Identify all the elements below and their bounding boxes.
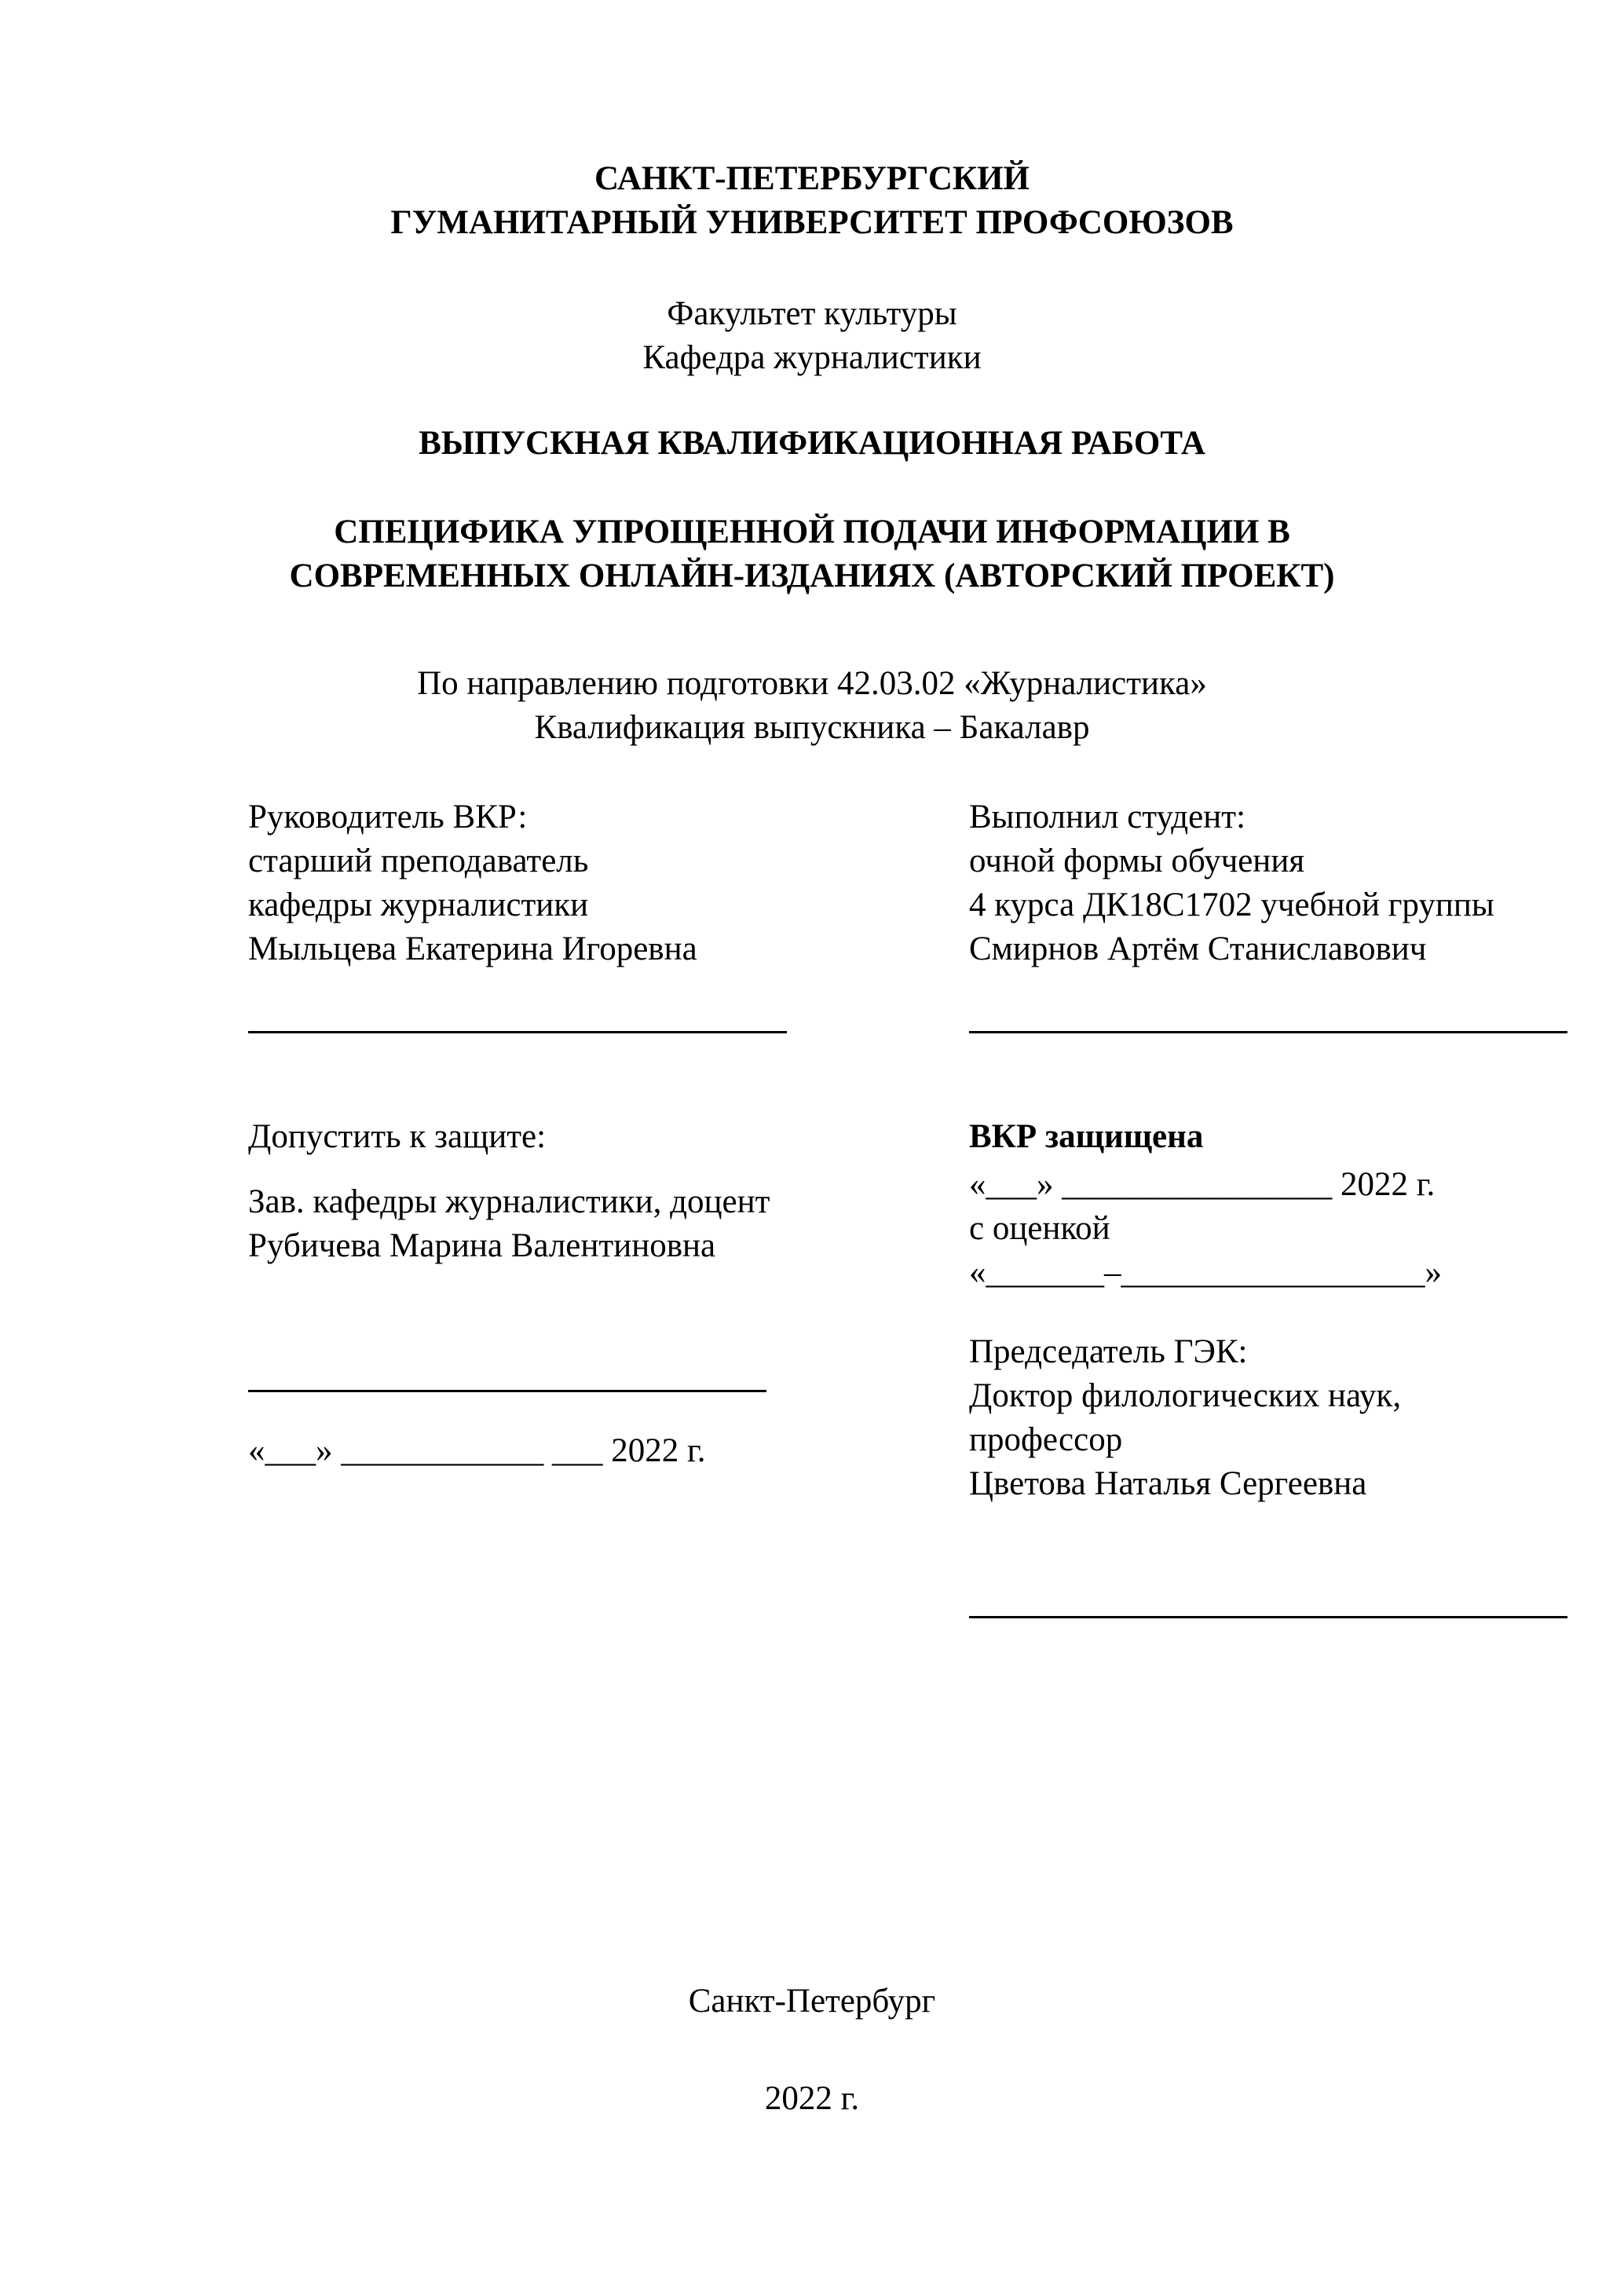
university-name-line-1: САНКТ-ПЕТЕРБУРГСКИЙ [0,157,1624,201]
university-header: САНКТ-ПЕТЕРБУРГСКИЙ ГУМАНИТАРНЫЙ УНИВЕРС… [0,157,1624,245]
admission-name: Рубичева Марина Валентиновна [248,1224,770,1268]
admission-signer: Зав. кафедры журналистики, доцент Рубиче… [248,1180,770,1268]
defense-label: ВКР защищена [969,1115,1203,1159]
supervisor-department: кафедры журналистики [248,883,697,927]
chair-block: Председатель ГЭК: Доктор филологических … [969,1330,1401,1506]
thesis-title-line-1: СПЕЦИФИКА УПРОЩЕННОЙ ПОДАЧИ ИНФОРМАЦИИ В [0,510,1624,554]
admission-date: «___» ____________ ___ 2022 г. [248,1429,706,1473]
admission-position: Зав. кафедры журналистики, доцент [248,1180,770,1224]
admission-block: Допустить к защите: [248,1115,546,1159]
faculty-block: Факультет культуры Кафедра журналистики [0,292,1624,380]
footer-city: Санкт-Петербург [0,1980,1624,2024]
student-signature-line [969,1031,1567,1033]
defense-block: ВКР защищена [969,1115,1203,1159]
supervisor-label: Руководитель ВКР: [248,795,697,839]
supervisor-position: старший преподаватель [248,839,697,883]
admission-date-line: «___» ____________ ___ 2022 г. [248,1429,706,1473]
supervisor-block: Руководитель ВКР: старший преподаватель … [248,795,697,971]
thesis-title-line-2: СОВРЕМЕННЫХ ОНЛАЙН-ИЗДАНИЯХ (АВТОРСКИЙ П… [0,554,1624,598]
department-name: Кафедра журналистики [0,336,1624,380]
university-name-line-2: ГУМАНИТАРНЫЙ УНИВЕРСИТЕТ ПРОФСОЮЗОВ [0,201,1624,245]
chair-name: Цветова Наталья Сергеевна [969,1462,1401,1506]
student-name: Смирнов Артём Станиславович [969,927,1494,971]
admission-signature-line [248,1390,766,1392]
chair-signature-line [969,1616,1567,1618]
supervisor-name: Мыльцева Екатерина Игоревна [248,927,697,971]
program-block: По направлению подготовки 42.03.02 «Журн… [0,662,1624,750]
defense-grade-label: с оценкой [969,1207,1442,1251]
defense-grade-line: «_______–__________________» [969,1251,1442,1295]
footer-city-block: Санкт-Петербург [0,1980,1624,2024]
supervisor-signature-line [248,1031,787,1033]
work-type: ВЫПУСКНАЯ КВАЛИФИКАЦИОННАЯ РАБОТА [0,422,1624,466]
defense-date-line: «___» ________________ 2022 г. [969,1163,1442,1207]
chair-degree: Доктор филологических наук, [969,1374,1401,1418]
student-study-form: очной формы обучения [969,839,1494,883]
program-qualification: Квалификация выпускника – Бакалавр [0,706,1624,750]
student-label: Выполнил студент: [969,795,1494,839]
chair-title: профессор [969,1418,1401,1462]
student-group: 4 курса ДК18С1702 учебной группы [969,883,1494,927]
student-block: Выполнил студент: очной формы обучения 4… [969,795,1494,971]
title-page: САНКТ-ПЕТЕРБУРГСКИЙ ГУМАНИТАРНЫЙ УНИВЕРС… [0,0,1624,2296]
footer-year-block: 2022 г. [0,2077,1624,2121]
faculty-name: Факультет культуры [0,292,1624,336]
admission-label: Допустить к защите: [248,1115,546,1159]
program-direction: По направлению подготовки 42.03.02 «Журн… [0,662,1624,706]
thesis-title: СПЕЦИФИКА УПРОЩЕННОЙ ПОДАЧИ ИНФОРМАЦИИ В… [0,510,1624,598]
work-type-block: ВЫПУСКНАЯ КВАЛИФИКАЦИОННАЯ РАБОТА [0,422,1624,466]
defense-details: «___» ________________ 2022 г. с оценкой… [969,1163,1442,1295]
chair-label: Председатель ГЭК: [969,1330,1401,1374]
footer-year: 2022 г. [0,2077,1624,2121]
